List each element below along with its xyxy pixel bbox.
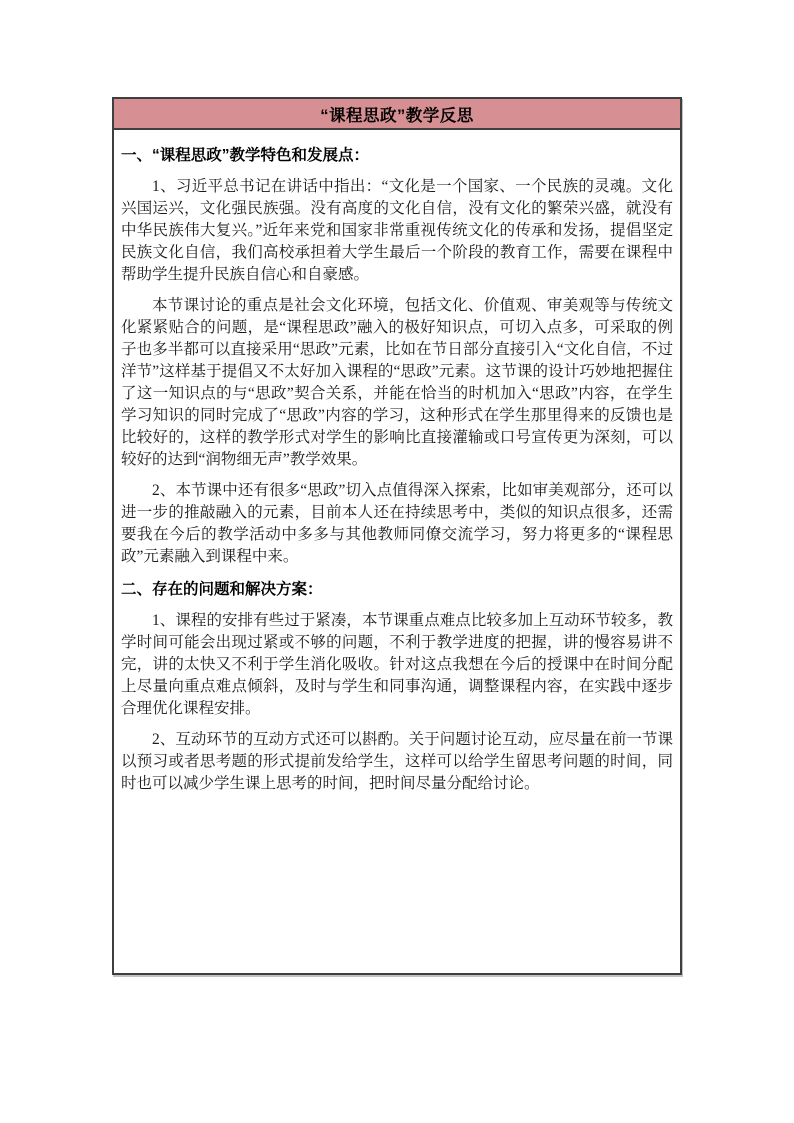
section-1-heading: 一、“课程思政”教学特色和发展点：: [121, 145, 673, 167]
document-title: “课程思政”教学反思: [320, 102, 474, 126]
reflection-table: “课程思政”教学反思 一、“课程思政”教学特色和发展点： 1、习近平总书记在讲话…: [112, 97, 682, 975]
section-1-paragraph-2: 本节课讨论的重点是社会文化环境，包括文化、价值观、审美观等与传统文化紧紧贴合的问…: [121, 295, 673, 471]
section-2-heading: 二、存在的问题和解决方案：: [121, 579, 673, 601]
document-page: “课程思政”教学反思 一、“课程思政”教学特色和发展点： 1、习近平总书记在讲话…: [0, 0, 794, 1123]
document-title-bar: “课程思政”教学反思: [114, 99, 680, 130]
section-1-paragraph-3: 2、本节课中还有很多“思政”切入点值得深入探索，比如审美观部分，还可以进一步的推…: [121, 480, 673, 568]
section-1-paragraph-1: 1、习近平总书记在讲话中指出：“文化是一个国家、一个民族的灵魂。文化兴国运兴，文…: [121, 176, 673, 286]
section-2-paragraph-2: 2、互动环节的互动方式还可以斟酌。关于问题讨论互动，应尽量在前一节课以预习或者思…: [121, 729, 673, 795]
section-2-paragraph-1: 1、课程的安排有些过于紧凑，本节课重点难点比较多加上互动环节较多，教学时间可能会…: [121, 610, 673, 720]
document-body: 一、“课程思政”教学特色和发展点： 1、习近平总书记在讲话中指出：“文化是一个国…: [114, 130, 680, 795]
